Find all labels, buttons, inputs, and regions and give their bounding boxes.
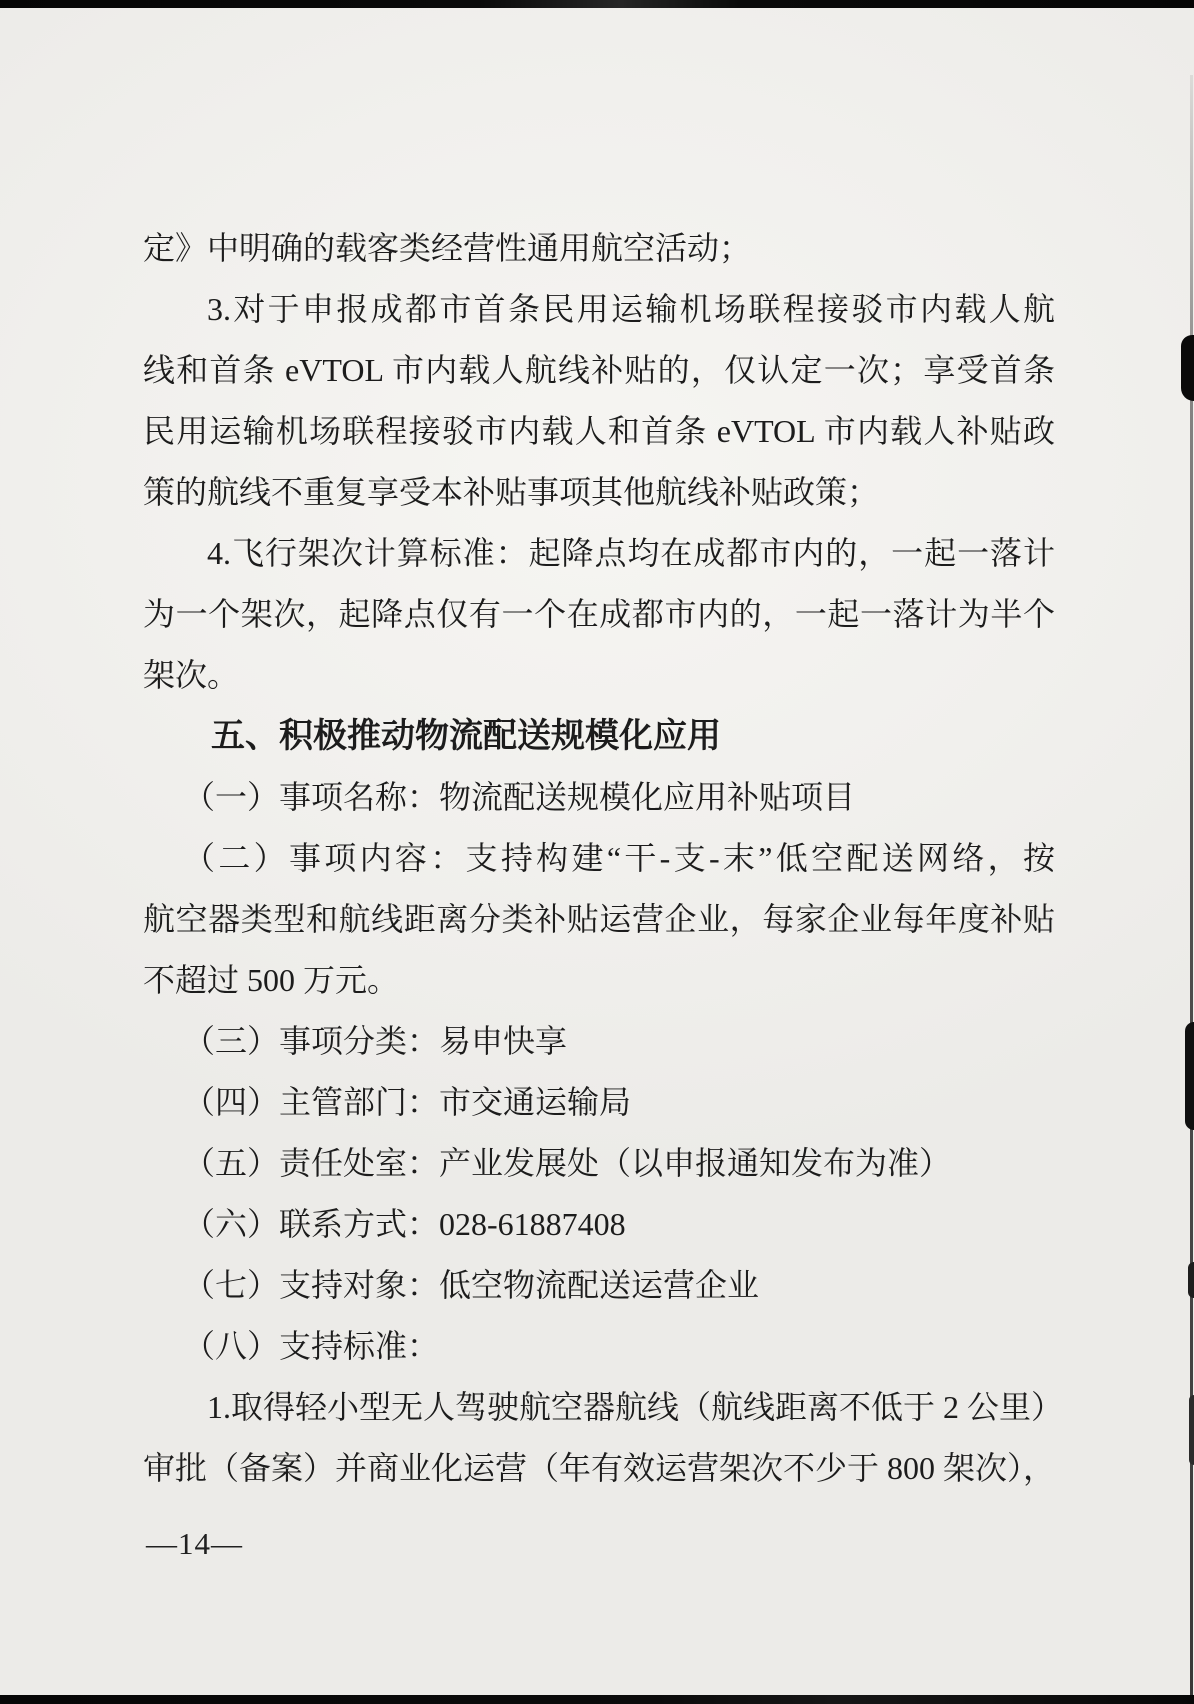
scan-artifact-blob	[1188, 1262, 1194, 1298]
item-2-content-line-2: 航空器类型和航线距离分类补贴运营企业，每家企业每年度补贴	[143, 889, 1055, 950]
scan-artifact-blob	[1185, 1022, 1194, 1130]
clause-3-line-2: 线和首条 eVTOL 市内载人航线补贴的，仅认定一次；享受首条	[143, 340, 1055, 401]
section-5-heading: 五、积极推动物流配送规模化应用	[143, 706, 1055, 767]
scanned-document-page: 定》中明确的载客类经营性通用航空活动； 3.对于申报成都市首条民用运输机场联程接…	[0, 0, 1194, 1704]
clause-4-line-2: 为一个架次，起降点仅有一个在成都市内的，一起一落计为半个	[143, 584, 1055, 645]
continuation-line: 定》中明确的载客类经营性通用航空活动；	[143, 218, 1055, 279]
item-6-contact-line: （六）联系方式：028-61887408	[143, 1194, 1055, 1255]
item-2-content-line-3: 不超过 500 万元。	[143, 950, 1055, 1011]
item-2-content-line-1: （二）事项内容：支持构建“干-支-末”低空配送网络，按	[143, 828, 1055, 889]
item-8-standard-line: （八）支持标准：	[143, 1316, 1055, 1377]
standard-1-line-2: 审批（备案）并商业化运营（年有效运营架次不少于 800 架次），	[143, 1438, 1055, 1499]
clause-3-line-1: 3.对于申报成都市首条民用运输机场联程接驳市内载人航	[143, 279, 1055, 340]
item-1-name-line: （一）事项名称：物流配送规模化应用补贴项目	[143, 767, 1055, 828]
scan-artifact-blob	[1181, 335, 1194, 401]
scan-artifact-bottom-bar	[0, 1695, 1194, 1704]
item-4-department-line: （四）主管部门：市交通运输局	[143, 1072, 1055, 1133]
standard-1-line-1: 1.取得轻小型无人驾驶航空器航线（航线距离不低于 2 公里）	[143, 1377, 1055, 1438]
clause-4-line-3: 架次。	[143, 645, 1055, 706]
item-7-target-line: （七）支持对象：低空物流配送运营企业	[143, 1255, 1055, 1316]
scan-artifact-top-bar	[0, 0, 1194, 8]
item-5-office-line: （五）责任处室：产业发展处（以申报通知发布为准）	[143, 1133, 1055, 1194]
page-number: —14—	[146, 1526, 243, 1562]
document-body: 定》中明确的载客类经营性通用航空活动； 3.对于申报成都市首条民用运输机场联程接…	[143, 218, 1055, 1499]
clause-3-line-4: 策的航线不重复享受本补贴事项其他航线补贴政策；	[143, 462, 1055, 523]
clause-4-line-1: 4.飞行架次计算标准：起降点均在成都市内的，一起一落计	[143, 523, 1055, 584]
item-3-category-line: （三）事项分类：易申快享	[143, 1011, 1055, 1072]
scan-artifact-blob	[1189, 1395, 1194, 1465]
clause-3-line-3: 民用运输机场联程接驳市内载人和首条 eVTOL 市内载人补贴政	[143, 401, 1055, 462]
